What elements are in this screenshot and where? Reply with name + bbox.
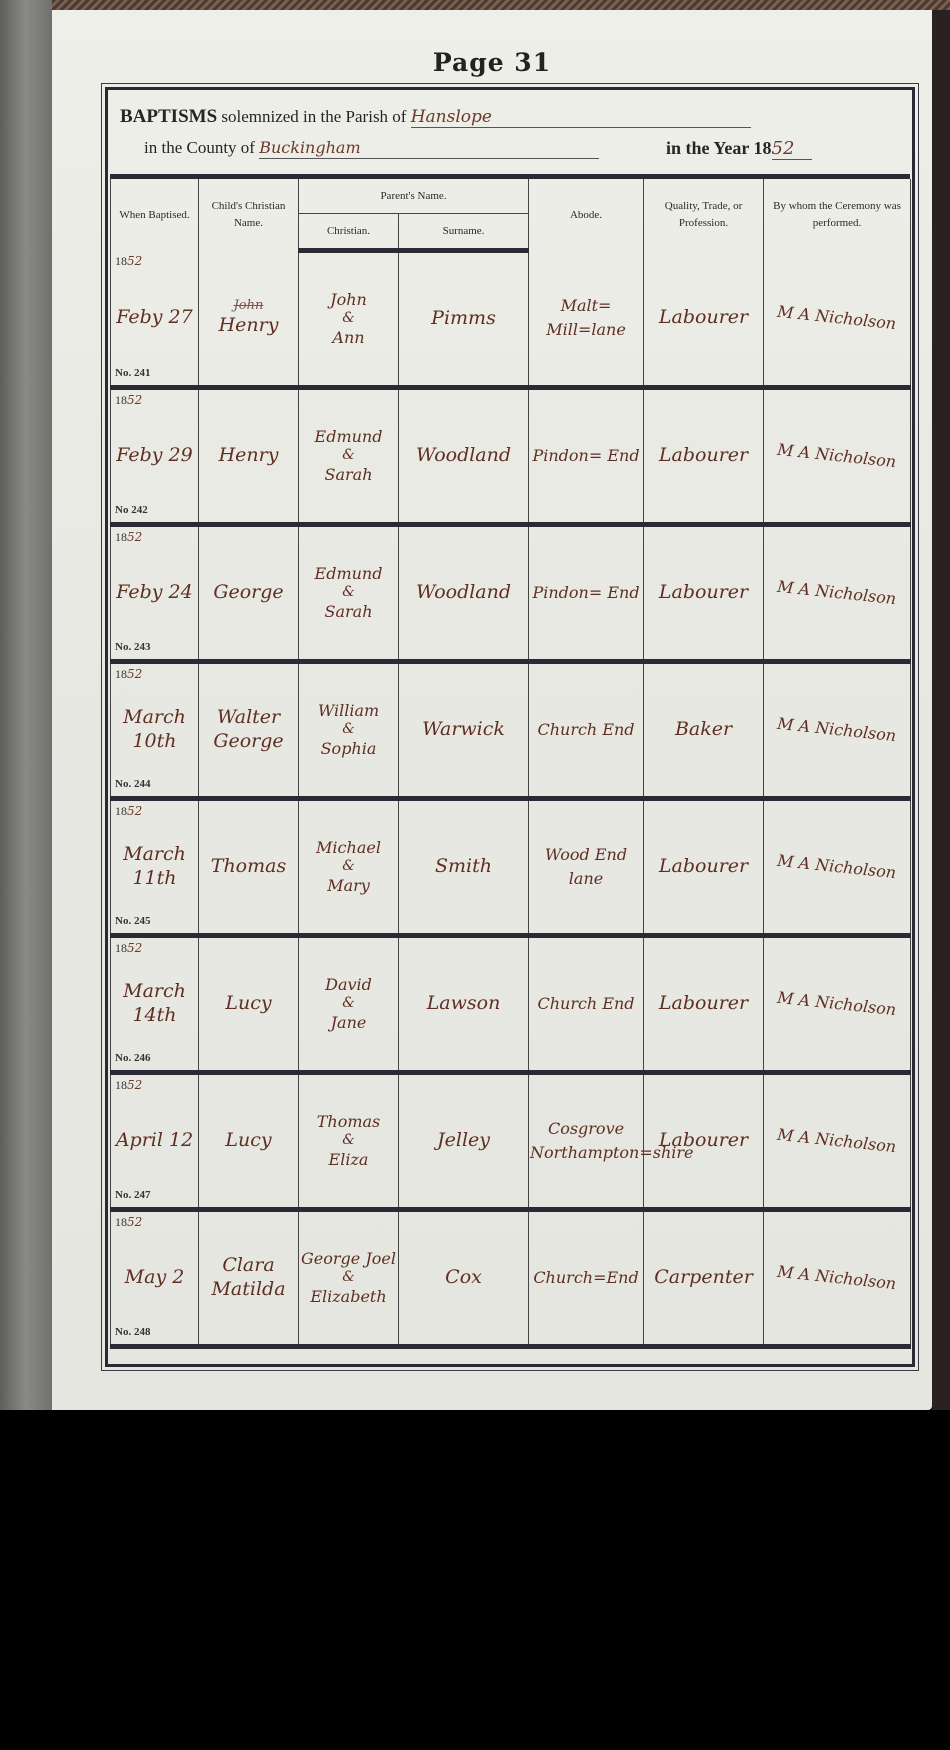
- register-heading: BAPTISMS solemnized in the Parish of Han…: [108, 90, 912, 175]
- entry-number: No. 245: [115, 915, 150, 929]
- entry-date: April 12: [111, 1129, 198, 1153]
- entry-year: 1852: [115, 804, 142, 819]
- ampersand: &: [300, 858, 397, 876]
- cell-quality: Labourer: [644, 388, 764, 525]
- cell-abode: Church End: [529, 936, 644, 1073]
- col-abode: Abode.: [529, 179, 644, 251]
- heading-text-1: solemnized in the Parish of: [221, 107, 406, 126]
- father-name: Edmund: [300, 427, 397, 447]
- cell-abode: Malt= Mill=lane: [529, 251, 644, 388]
- entry-date: Feby 27: [111, 306, 198, 330]
- mother-name: Jane: [300, 1013, 397, 1033]
- cell-by-whom: M A Nicholson: [764, 1073, 911, 1210]
- cell-quality: Carpenter: [644, 1210, 764, 1347]
- cell-by-whom: M A Nicholson: [764, 525, 911, 662]
- entry-year: 1852: [115, 667, 142, 682]
- entry-date: March 10th: [111, 706, 198, 754]
- cell-parents-christian: John & Ann: [299, 251, 399, 388]
- col-when: When Baptised.: [111, 179, 199, 251]
- child-name: Thomas: [211, 855, 286, 877]
- cell-surname: Pimms: [399, 251, 529, 388]
- ampersand: &: [300, 447, 397, 465]
- cell-by-whom: M A Nicholson: [764, 388, 911, 525]
- year-field: in the Year 1852: [666, 138, 812, 160]
- cell-when: 1852 Feby 27 No. 241: [111, 251, 199, 388]
- mother-name: Sarah: [300, 465, 397, 485]
- entry-year: 1852: [115, 941, 142, 956]
- table-row: 1852 March 11th No. 245 Thomas Michael &…: [111, 799, 911, 936]
- cell-surname: Smith: [399, 799, 529, 936]
- entry-year: 1852: [115, 254, 142, 269]
- cell-parents-christian: Thomas & Eliza: [299, 1073, 399, 1210]
- abode-value: Church End: [537, 994, 634, 1013]
- cell-abode: Church=End: [529, 1210, 644, 1347]
- cell-abode: Cosgrove Northampton=shire: [529, 1073, 644, 1210]
- entry-date: March 11th: [111, 843, 198, 891]
- ampersand: &: [300, 310, 397, 328]
- cell-parents-christian: Edmund & Sarah: [299, 525, 399, 662]
- cell-when: 1852 Feby 24 No. 243: [111, 525, 199, 662]
- child-name: Henry: [219, 314, 279, 336]
- mother-name: Sarah: [300, 602, 397, 622]
- father-name: Edmund: [300, 564, 397, 584]
- cell-surname: Warwick: [399, 662, 529, 799]
- ampersand: &: [300, 1269, 397, 1287]
- father-name: William: [300, 701, 397, 721]
- father-name: George Joel: [300, 1249, 397, 1269]
- entry-number: No. 247: [115, 1189, 150, 1203]
- col-surname: Surname.: [399, 214, 529, 251]
- cell-quality: Labourer: [644, 936, 764, 1073]
- abode-value: Church End: [537, 720, 634, 739]
- table-row: 1852 Feby 29 No 242 Henry Edmund & Sarah…: [111, 388, 911, 525]
- col-parents: Parent's Name.: [299, 179, 529, 214]
- ampersand: &: [300, 721, 397, 739]
- cell-surname: Woodland: [399, 525, 529, 662]
- entry-number: No. 246: [115, 1052, 150, 1066]
- child-name: Lucy: [225, 992, 271, 1014]
- entry-number: No. 248: [115, 1326, 150, 1340]
- mother-name: Eliza: [300, 1150, 397, 1170]
- heading-line-1: BAPTISMS solemnized in the Parish of Han…: [120, 106, 751, 128]
- cell-by-whom: M A Nicholson: [764, 1210, 911, 1347]
- cell-abode: Pindon= End: [529, 525, 644, 662]
- ampersand: &: [300, 1132, 397, 1150]
- cell-abode: Church End: [529, 662, 644, 799]
- mother-name: Ann: [300, 328, 397, 348]
- entry-number: No. 244: [115, 778, 150, 792]
- cell-when: 1852 April 12 No. 247: [111, 1073, 199, 1210]
- cell-child: Lucy: [199, 936, 299, 1073]
- ampersand: &: [300, 995, 397, 1013]
- officiant-signature: M A Nicholson: [777, 851, 898, 883]
- table-row: 1852 Feby 24 No. 243 George Edmund & Sar…: [111, 525, 911, 662]
- entries-table: When Baptised. Child's Christian Name. P…: [110, 179, 911, 1349]
- cell-by-whom: M A Nicholson: [764, 799, 911, 936]
- table-row: 1852 March 10th No. 244 Walter George Wi…: [111, 662, 911, 799]
- cell-by-whom: M A Nicholson: [764, 936, 911, 1073]
- book-binding-left: [0, 0, 52, 1410]
- cell-when: 1852 March 11th No. 245: [111, 799, 199, 936]
- year-value: 52: [772, 138, 795, 159]
- parish-value: Hanslope: [411, 107, 492, 127]
- county-value: Buckingham: [259, 138, 360, 157]
- cell-when: 1852 March 14th No. 246: [111, 936, 199, 1073]
- ampersand: &: [300, 584, 397, 602]
- entry-number: No 242: [115, 504, 148, 518]
- cell-child: Lucy: [199, 1073, 299, 1210]
- officiant-signature: M A Nicholson: [777, 1125, 898, 1157]
- officiant-signature: M A Nicholson: [777, 714, 898, 746]
- mother-name: Elizabeth: [300, 1287, 397, 1307]
- cell-child: Thomas: [199, 799, 299, 936]
- entry-date: Feby 29: [111, 444, 198, 468]
- child-name: Henry: [219, 444, 279, 466]
- table-row: 1852 April 12 No. 247 Lucy Thomas & Eliz…: [111, 1073, 911, 1210]
- book-edge-right: [932, 10, 950, 1410]
- father-name: John: [300, 290, 397, 310]
- cell-child: John Henry: [199, 251, 299, 388]
- child-name: George: [213, 581, 283, 603]
- heading-text-2: in the County of: [144, 138, 255, 157]
- cell-quality: Labourer: [644, 799, 764, 936]
- cell-surname: Cox: [399, 1210, 529, 1347]
- cell-abode: Wood End lane: [529, 799, 644, 936]
- table-row: 1852 March 14th No. 246 Lucy David & Jan…: [111, 936, 911, 1073]
- cell-when: 1852 May 2 No. 248: [111, 1210, 199, 1347]
- officiant-signature: M A Nicholson: [777, 302, 898, 334]
- officiant-signature: M A Nicholson: [777, 1262, 898, 1294]
- cell-child: Walter George: [199, 662, 299, 799]
- col-christian: Christian.: [299, 214, 399, 251]
- cell-by-whom: M A Nicholson: [764, 662, 911, 799]
- officiant-signature: M A Nicholson: [777, 577, 898, 609]
- entry-date: March 14th: [111, 980, 198, 1028]
- entry-date: Feby 24: [111, 581, 198, 605]
- officiant-signature: M A Nicholson: [777, 440, 898, 472]
- cell-when: 1852 March 10th No. 244: [111, 662, 199, 799]
- entry-year: 1852: [115, 393, 142, 408]
- cell-child: Clara Matilda: [199, 1210, 299, 1347]
- cell-abode: Pindon= End: [529, 388, 644, 525]
- cell-parents-christian: William & Sophia: [299, 662, 399, 799]
- heading-title: BAPTISMS: [120, 106, 217, 127]
- cell-child: Henry: [199, 388, 299, 525]
- cell-surname: Woodland: [399, 388, 529, 525]
- abode-value: Wood End lane: [545, 845, 627, 888]
- col-by-whom: By whom the Ceremony was performed.: [764, 179, 911, 251]
- mother-name: Mary: [300, 876, 397, 896]
- county-field: Buckingham: [259, 138, 599, 159]
- cell-quality: Labourer: [644, 525, 764, 662]
- father-name: Michael: [300, 838, 397, 858]
- table-row: 1852 Feby 27 No. 241 John Henry John & A…: [111, 251, 911, 388]
- cell-when: 1852 Feby 29 No 242: [111, 388, 199, 525]
- cell-parents-christian: Michael & Mary: [299, 799, 399, 936]
- cell-parents-christian: George Joel & Elizabeth: [299, 1210, 399, 1347]
- entry-year: 1852: [115, 1215, 142, 1230]
- parish-field: Hanslope: [411, 107, 751, 128]
- abode-value: Pindon= End: [532, 583, 639, 602]
- cell-parents-christian: David & Jane: [299, 936, 399, 1073]
- child-name: Lucy: [225, 1129, 271, 1151]
- abode-value: Pindon= End: [532, 446, 639, 465]
- cell-quality: Labourer: [644, 1073, 764, 1210]
- cell-by-whom: M A Nicholson: [764, 251, 911, 388]
- cell-parents-christian: Edmund & Sarah: [299, 388, 399, 525]
- table-row: 1852 May 2 No. 248 Clara Matilda George …: [111, 1210, 911, 1347]
- abode-value: Malt= Mill=lane: [546, 296, 626, 339]
- entry-year: 1852: [115, 1078, 142, 1093]
- cell-surname: Jelley: [399, 1073, 529, 1210]
- entry-date: May 2: [111, 1266, 198, 1290]
- heading-line-2: in the County of Buckingham: [144, 138, 599, 159]
- cell-quality: Baker: [644, 662, 764, 799]
- baptism-register-table: BAPTISMS solemnized in the Parish of Han…: [105, 87, 915, 1367]
- cell-surname: Lawson: [399, 936, 529, 1073]
- cell-child: George: [199, 525, 299, 662]
- cell-quality: Labourer: [644, 251, 764, 388]
- register-page: Page 31 BAPTISMS solemnized in the Paris…: [52, 10, 932, 1410]
- entry-number: No. 243: [115, 641, 150, 655]
- mother-name: Sophia: [300, 739, 397, 759]
- page-number: Page 31: [52, 48, 932, 77]
- col-quality: Quality, Trade, or Profession.: [644, 179, 764, 251]
- col-child: Child's Christian Name.: [199, 179, 299, 251]
- year-label: in the Year 18: [666, 138, 772, 158]
- book-cover-top: [52, 0, 950, 10]
- struck-name: John: [200, 298, 297, 314]
- father-name: Thomas: [300, 1112, 397, 1132]
- father-name: David: [300, 975, 397, 995]
- child-name: Walter George: [213, 706, 283, 752]
- child-name: Clara Matilda: [211, 1254, 285, 1300]
- entry-year: 1852: [115, 530, 142, 545]
- entry-number: No. 241: [115, 367, 150, 381]
- officiant-signature: M A Nicholson: [777, 988, 898, 1020]
- abode-value: Church=End: [533, 1268, 638, 1287]
